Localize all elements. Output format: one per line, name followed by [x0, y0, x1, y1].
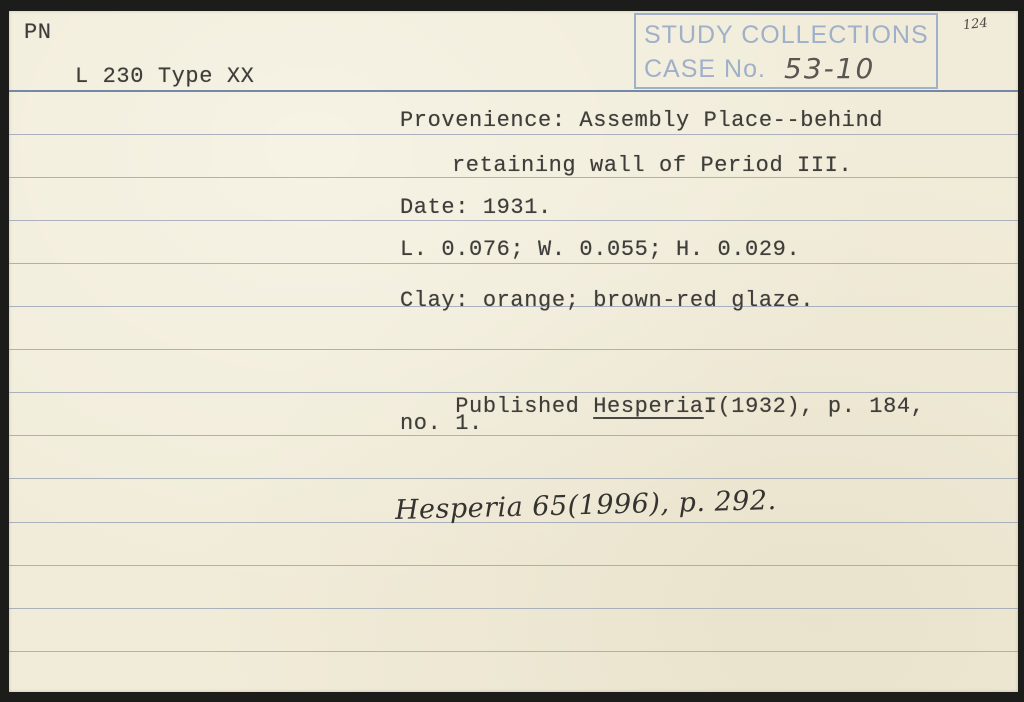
published-entry-line-2: no. 1. — [400, 411, 483, 436]
ruled-line — [9, 134, 1018, 135]
ruled-line — [9, 651, 1018, 652]
published-suffix: I(1932), p. 184, — [704, 394, 925, 419]
ruled-line — [9, 349, 1018, 350]
study-collections-stamp: STUDY COLLECTIONS CASE No. 53-10 — [634, 13, 938, 89]
card-code: PN — [24, 20, 52, 45]
corner-note: 124 — [962, 16, 988, 34]
published-journal: Hesperia — [593, 394, 703, 419]
ruled-line — [9, 608, 1018, 609]
provenience-line-1: Provenience: Assembly Place--behind — [400, 108, 883, 133]
ruled-line — [9, 263, 1018, 264]
catalog-card: PN L 230 Type XX STUDY COLLECTIONS CASE … — [9, 11, 1018, 692]
stamp-case-label: CASE No. — [644, 55, 766, 84]
date-entry: Date: 1931. — [400, 195, 552, 220]
stamp-title: STUDY COLLECTIONS — [644, 21, 929, 50]
ruled-line — [9, 478, 1018, 479]
catalog-number: L 230 Type XX — [75, 64, 254, 89]
ruled-line — [9, 220, 1018, 221]
handwritten-citation: Hesperia 65(1996), p. 292. — [395, 485, 777, 526]
ruled-line — [9, 565, 1018, 566]
dimensions-entry: L. 0.076; W. 0.055; H. 0.029. — [400, 237, 800, 262]
provenience-line-2: retaining wall of Period III. — [452, 153, 852, 178]
stamp-case-number: 53-10 — [784, 52, 875, 85]
clay-entry: Clay: orange; brown-red glaze. — [400, 288, 814, 313]
header-rule — [9, 90, 1018, 92]
